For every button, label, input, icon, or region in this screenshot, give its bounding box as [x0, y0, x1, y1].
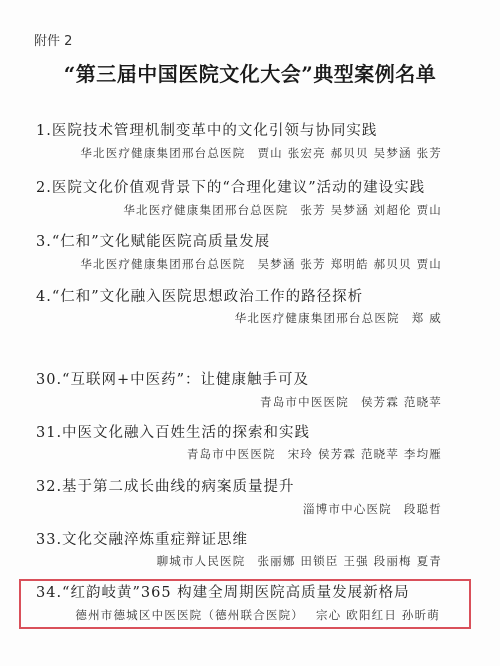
case-authors: 宋玲 侯芳霖 范晓苹 李均雁 — [288, 447, 442, 461]
case-authors-line: 青岛市中医医院宋玲 侯芳霖 范晓苹 李均雁 — [187, 446, 442, 462]
case-organization: 华北医疗健康集团邢台总医院 — [80, 146, 245, 160]
case-organization: 华北医疗健康集团邢台总医院 — [235, 311, 400, 325]
attachment-label: 附件 2 — [34, 30, 72, 49]
case-authors: 张丽娜 田锁臣 王强 段丽梅 夏青 — [257, 554, 442, 568]
case-authors: 张芳 吴梦涵 刘超伦 贾山 — [300, 203, 442, 217]
case-authors: 段聪哲 — [404, 502, 442, 516]
case-organization: 聊城市人民医院 — [157, 554, 246, 568]
case-authors-line: 华北医疗健康集团邢台总医院贾山 张宏亮 郝贝贝 吴梦涵 张芳 — [80, 145, 442, 161]
case-title: 34.“红韵岐黄”365 构建全周期医院高质量发展新格局 — [36, 581, 410, 602]
case-authors-line: 华北医疗健康集团邢台总医院吴梦涵 张芳 郑明皓 郝贝贝 贾山 — [80, 256, 442, 272]
case-title: 2.医院文化价值观背景下的“合理化建议”活动的建设实践 — [36, 176, 425, 197]
case-organization: 德州市德城区中医医院（德州联合医院） — [75, 608, 304, 622]
case-authors-line: 淄博市中心医院段聪哲 — [303, 501, 442, 517]
case-organization: 青岛市中医医院 — [260, 395, 349, 409]
case-authors: 吴梦涵 张芳 郑明皓 郝贝贝 贾山 — [257, 257, 442, 271]
case-authors: 宗心 欧阳红日 孙昕萌 — [316, 608, 440, 622]
case-title: 33.文化交融淬炼重症辩证思维 — [36, 528, 248, 549]
case-organization: 青岛市中医医院 — [187, 447, 276, 461]
case-authors-line: 华北医疗健康集团邢台总医院郑 威 — [235, 310, 442, 326]
case-authors: 侯芳霖 范晓苹 — [361, 395, 442, 409]
case-authors: 郑 威 — [412, 311, 442, 325]
case-title: 4.“仁和”文化融入医院思想政治工作的路径探析 — [36, 285, 363, 306]
case-title: 3.“仁和”文化赋能医院高质量发展 — [36, 230, 270, 251]
case-title: 1.医院技术管理机制变革中的文化引领与协同实践 — [36, 119, 377, 140]
case-title: 30.“互联网+中医药”：让健康触手可及 — [36, 368, 309, 389]
case-title: 32.基于第二成长曲线的病案质量提升 — [36, 475, 295, 496]
case-authors-line: 华北医疗健康集团邢台总医院张芳 吴梦涵 刘超伦 贾山 — [123, 202, 442, 218]
case-organization: 华北医疗健康集团邢台总医院 — [123, 203, 288, 217]
document-page: 附件 2 “第三届中国医院文化大会”典型案例名单 1.医院技术管理机制变革中的文… — [0, 0, 500, 666]
case-title: 31.中医文化融入百姓生活的探索和实践 — [36, 421, 310, 442]
case-authors: 贾山 张宏亮 郝贝贝 吴梦涵 张芳 — [257, 146, 442, 160]
case-authors-line: 德州市德城区中医医院（德州联合医院）宗心 欧阳红日 孙昕萌 — [75, 607, 440, 623]
document-title: “第三届中国医院文化大会”典型案例名单 — [0, 58, 500, 87]
case-authors-line: 聊城市人民医院张丽娜 田锁臣 王强 段丽梅 夏青 — [157, 553, 442, 569]
case-organization: 华北医疗健康集团邢台总医院 — [80, 257, 245, 271]
case-authors-line: 青岛市中医医院侯芳霖 范晓苹 — [260, 394, 442, 410]
case-organization: 淄博市中心医院 — [303, 502, 392, 516]
